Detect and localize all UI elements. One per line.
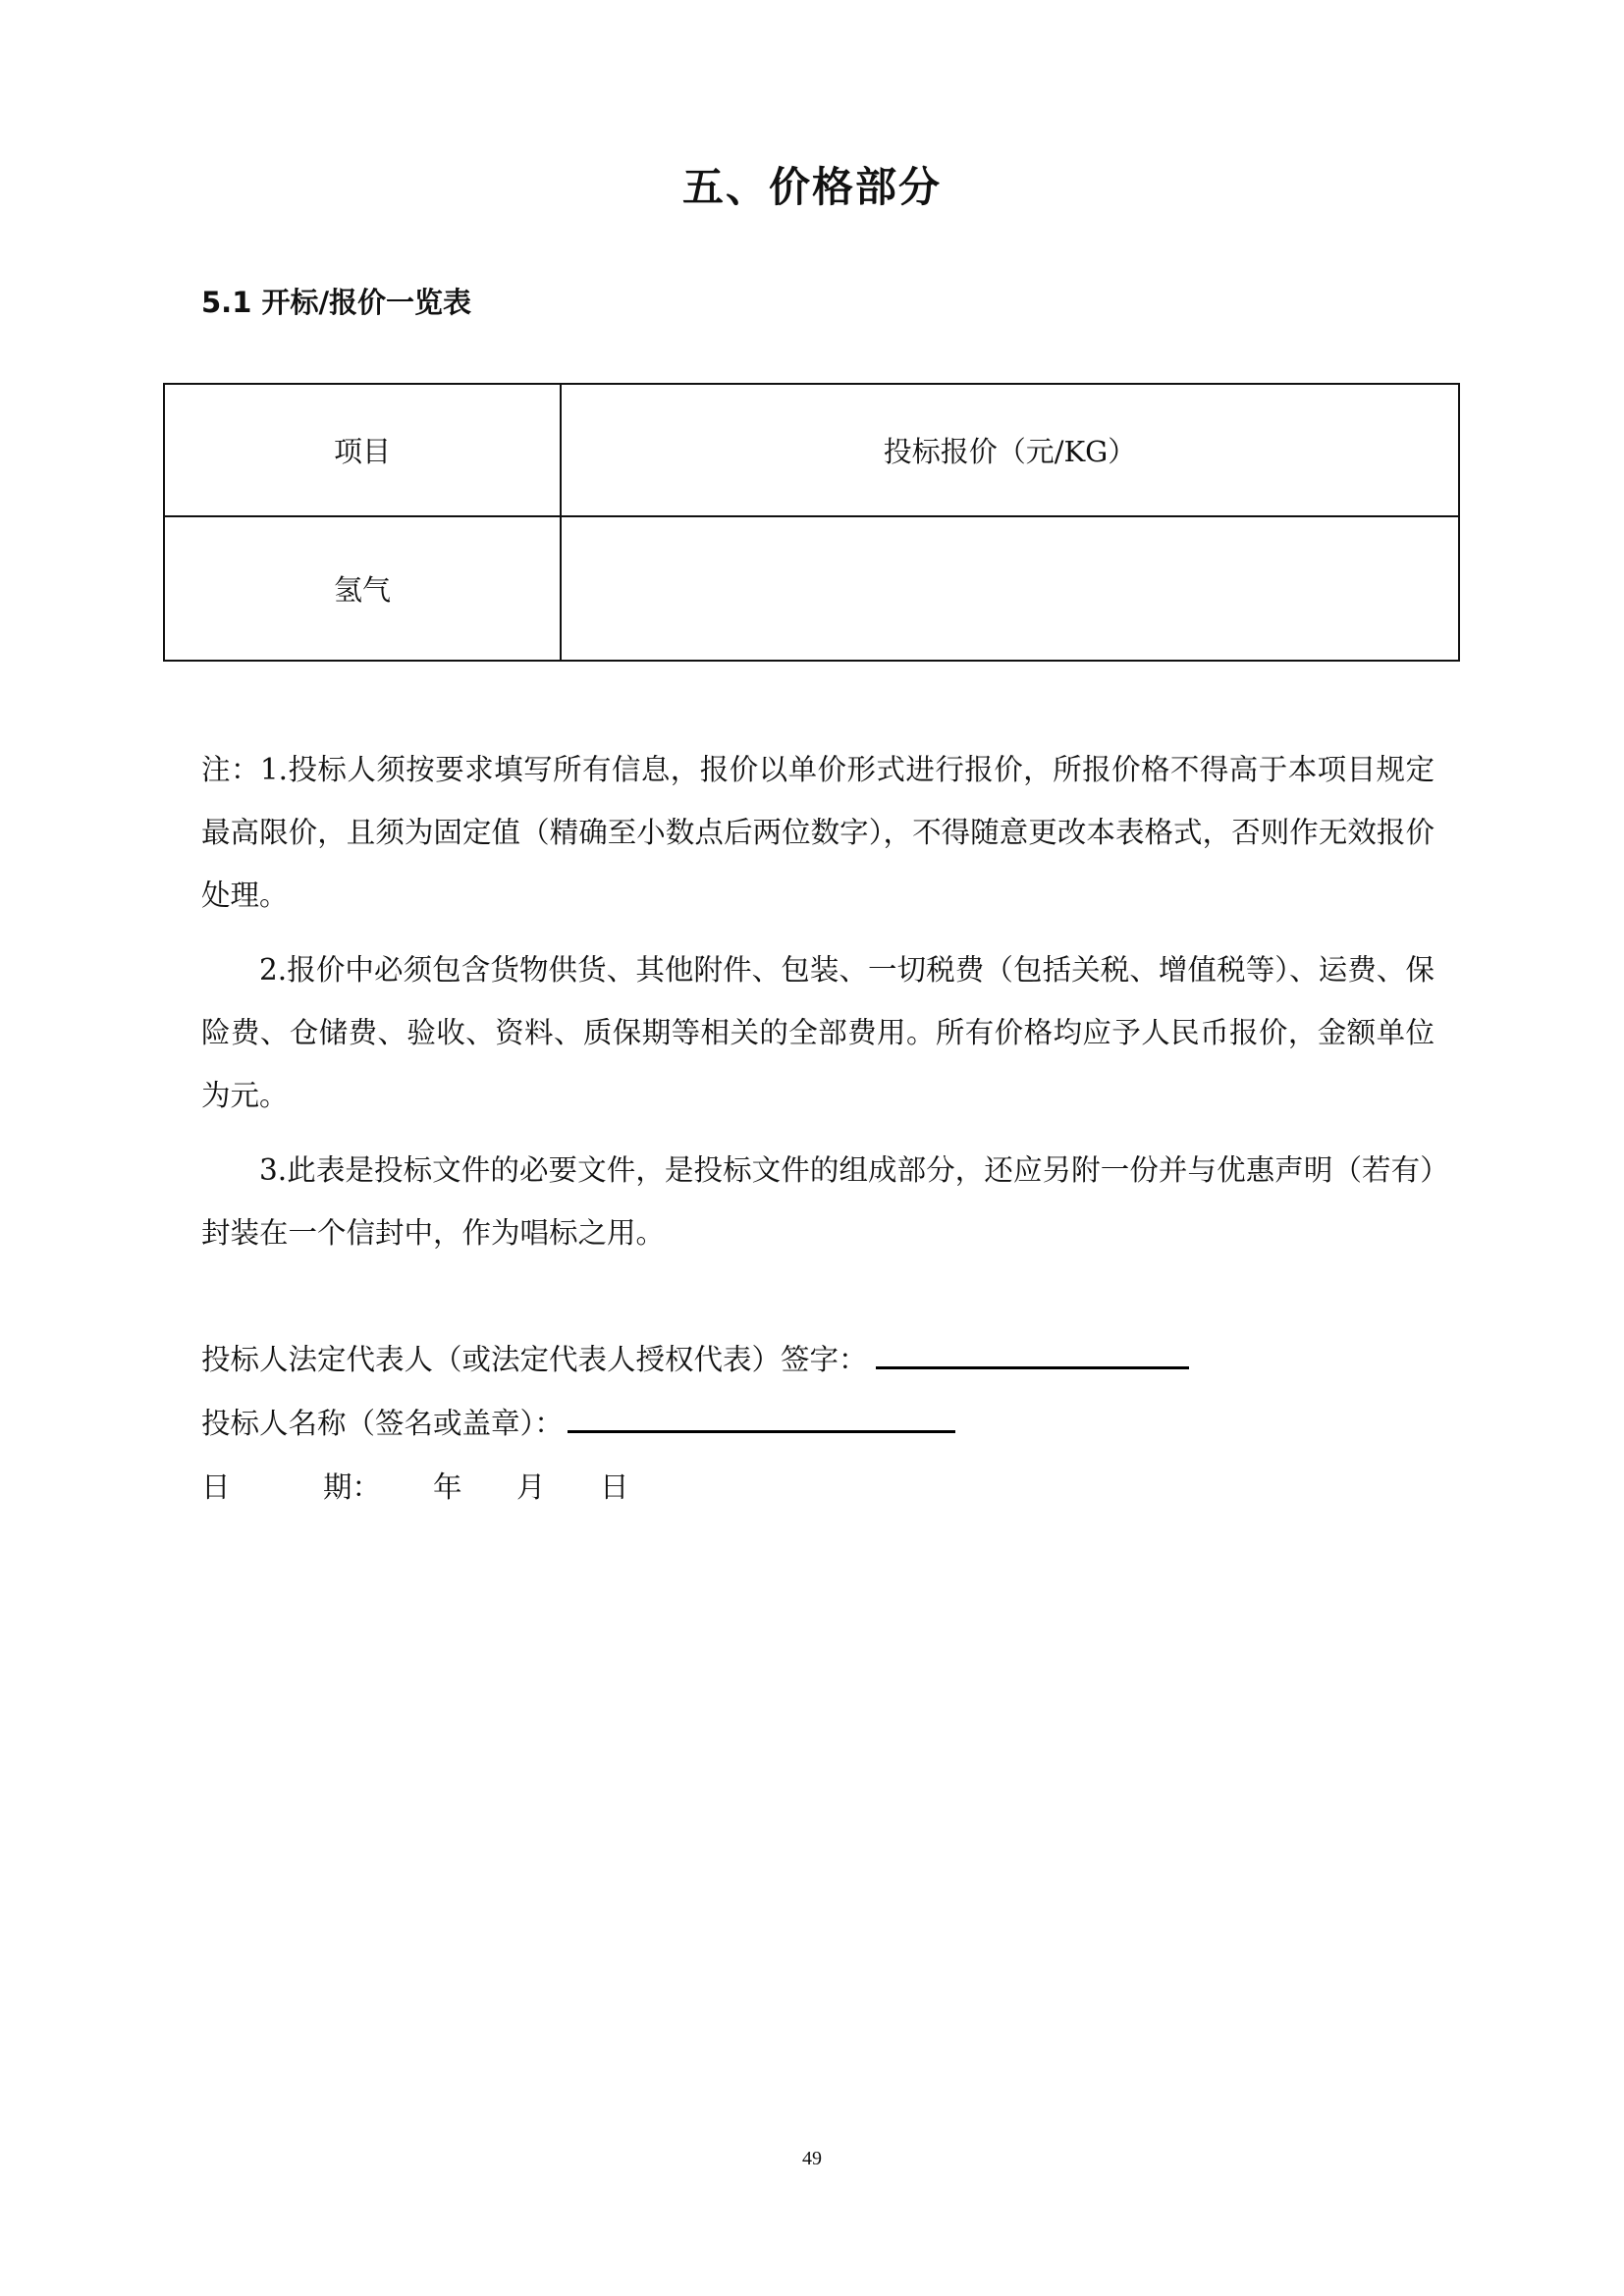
note-2: 2.报价中必须包含货物供货、其他附件、包装、一切税费（包括关税、增值税等）、运费… [201,938,1435,1127]
date-row: 日期：年月日 [201,1463,1380,1526]
bidder-name-row: 投标人名称（签名或盖章）： [201,1399,1380,1463]
representative-signature-row: 投标人法定代表人（或法定代表人授权代表）签字： [201,1335,1380,1399]
header-cell-item: 项目 [164,384,561,516]
cell-price-value[interactable] [561,516,1459,661]
representative-signature-label: 投标人法定代表人（或法定代表人授权代表）签字： [201,1343,868,1376]
cell-item-name: 氢气 [164,516,561,661]
day-label: 日 [600,1463,629,1512]
bidder-name-label: 投标人名称（签名或盖章）： [201,1407,564,1440]
date-label-char-2: 期： [323,1463,433,1512]
note-3: 3.此表是投标文件的必要文件，是投标文件的组成部分，还应另附一份并与优惠声明（若… [201,1139,1435,1264]
table-header-row: 项目 投标报价（元/KG） [164,384,1459,516]
header-cell-price: 投标报价（元/KG） [561,384,1459,516]
signature-block: 投标人法定代表人（或法定代表人授权代表）签字： 投标人名称（签名或盖章）： 日期… [201,1335,1380,1526]
notes-section: 注：1.投标人须按要求填写所有信息，报价以单价形式进行报价，所报价格不得高于本项… [201,738,1435,1264]
price-table: 项目 投标报价（元/KG） 氢气 [163,383,1460,662]
representative-signature-line[interactable] [876,1337,1189,1369]
note-1: 注：1.投标人须按要求填写所有信息，报价以单价形式进行报价，所报价格不得高于本项… [201,738,1435,927]
section-heading: 5.1 开标/报价一览表 [201,281,471,321]
bidder-name-line[interactable] [568,1401,955,1433]
table-row: 氢气 [164,516,1459,661]
page-number: 49 [0,2148,1624,2170]
date-label-char-1: 日 [201,1463,323,1512]
page-title: 五、价格部分 [0,155,1624,214]
month-label: 月 [516,1463,600,1512]
year-label: 年 [433,1463,516,1512]
